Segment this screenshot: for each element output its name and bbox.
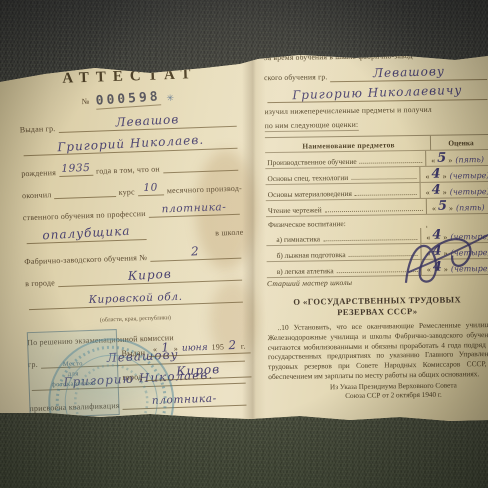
grade-word-handwritten: (пять) <box>455 156 484 164</box>
issue-block: Выдан « 1 » июня 195 2 г. город Киров <box>121 336 255 389</box>
subject-label: Основы материаловедения <box>266 187 352 200</box>
grade-cell: « 4 » (четыре) <box>420 227 488 243</box>
photo-box-text: для <box>68 370 79 377</box>
course-label: курс <box>119 187 135 197</box>
quote-close: » <box>174 344 179 353</box>
birth-line: рождения 1935 года в том, что он <box>21 154 241 179</box>
issue-city-handwritten: Киров <box>176 363 220 377</box>
quote-open: « <box>431 156 435 165</box>
dot-leader <box>325 210 423 212</box>
subject-label: Физическое воспитание: <box>266 217 346 230</box>
grade-word-handwritten: (пять) <box>456 204 485 212</box>
dot-leader <box>351 178 416 180</box>
issue-day-handwritten: 1 <box>161 341 170 353</box>
photo-placeholder-box: Место для фотокарточки <box>27 329 120 418</box>
birth-tail-label: года в том, что он <box>96 164 160 175</box>
quote-open: « <box>426 188 430 197</box>
intro-text: изучил нижеперечисленные предметы и полу… <box>264 104 431 117</box>
quote-open: « <box>426 233 430 242</box>
table-row: в) легкая атлетика « 4 » (четыре) <box>267 259 488 278</box>
grade-cell: « 5 » (пять) <box>426 198 488 214</box>
school-line: Фабрично-заводского обучения № 2 <box>24 242 244 267</box>
training-label: ственного обучения по профессии <box>23 209 146 222</box>
months-tail-label: месячного производ- <box>167 184 242 196</box>
right-page: За время обучения в школе фабрично-завод… <box>254 49 488 418</box>
master-label: Старший мастер школы <box>267 277 352 289</box>
grade-header: Оценка <box>446 136 474 148</box>
quote-open: « <box>153 345 158 354</box>
profession-line-2: опалубщика в школе <box>23 220 243 245</box>
photo-box-text: фотокарточки <box>51 379 95 388</box>
number-sign: № <box>81 96 89 105</box>
intro-text: ского обучения гр. <box>264 71 328 83</box>
subject-label: в) легкая атлетика <box>267 264 334 277</box>
grade-handwritten: 4 <box>432 245 441 258</box>
grade-word-handwritten: (четыре) <box>451 249 488 258</box>
grade-cell: « 4 » (четыре) <box>420 243 488 259</box>
grade-handwritten: 4 <box>432 184 441 197</box>
quote-open: « <box>425 172 429 181</box>
decree-source: Из Указа Президиума Верховного Совета Со… <box>288 381 488 403</box>
intro-line-4: изучил нижеперечисленные предметы и полу… <box>264 103 488 117</box>
certificate-number-line: № 000598 ✳ <box>9 87 247 111</box>
decree-title-line1: О «ГОСУДАРСТВЕННЫХ ТРУДОВЫХ <box>293 294 461 306</box>
decree-title: О «ГОСУДАРСТВЕННЫХ ТРУДОВЫХ РЕЗЕРВАХ ССС… <box>265 294 488 319</box>
student-surname-handwritten: Левашову <box>373 65 445 79</box>
subjects-header: Наименование предметов <box>265 138 430 152</box>
grade-word-handwritten: (четыре) <box>450 188 488 197</box>
dot-leader <box>349 255 418 257</box>
grade-cell: « 4 » (четыре) <box>421 259 488 275</box>
intro-line-5: по ним следующие оценки: <box>265 117 488 132</box>
quote-open: « <box>432 204 436 213</box>
subject-label: Производственное обучение <box>265 155 357 168</box>
issue-date-line: Выдан « 1 » июня 195 2 г. <box>121 336 254 358</box>
issue-year-suffix: г. <box>241 342 246 351</box>
school-number-handwritten: 2 <box>191 245 200 257</box>
subject-label: Чтение чертежей <box>266 203 322 216</box>
quote-close: » <box>443 233 447 242</box>
quote-close: » <box>448 156 452 165</box>
name-patronymic-handwritten: Григорий Николаев. <box>57 134 204 154</box>
issue-city-line: город Киров <box>122 360 255 382</box>
grades-table: Наименование предметов Оценка Производст… <box>265 134 488 278</box>
issue-date-label: Выдан <box>121 348 145 358</box>
grade-handwritten: 4 <box>433 261 442 274</box>
birth-year-handwritten: 1935 <box>61 162 91 175</box>
quote-close: » <box>444 249 448 258</box>
student-name-handwritten: Григорию Николаевичу <box>292 84 462 101</box>
quote-open: « <box>427 265 431 274</box>
profession-handwritten-2: опалубщика <box>42 225 131 242</box>
city-label: в городе <box>25 278 55 288</box>
grade-handwritten: 4 <box>432 229 441 242</box>
subject-label: а) гимнастика <box>266 232 320 245</box>
dot-leader <box>323 239 417 241</box>
intro-text: по ним следующие оценки: <box>265 119 359 132</box>
region-handwritten: Кировской обл. <box>89 291 183 306</box>
surname-handwritten: Левашов <box>115 113 179 128</box>
quote-close: » <box>444 265 448 274</box>
profession-line-1: ственного обучения по профессии плотника… <box>22 198 242 223</box>
quote-open: « <box>427 249 431 258</box>
course-line: окончил курс 10 месячного производ- <box>22 176 242 201</box>
grade-cell: « 5 » (пять) <box>425 150 488 166</box>
qualification-handwritten-1: плотника- <box>152 393 217 407</box>
dot-leader <box>337 271 418 273</box>
left-page: АТТЕСТАТ № 000598 ✳ Выдан гр. Левашов Гр… <box>7 52 257 414</box>
grade-word-handwritten: (четыре) <box>451 265 488 274</box>
quote-close: » <box>442 172 446 181</box>
grade-cell: « 4 » (четыре) <box>419 166 488 182</box>
issued-to-label: Выдан гр. <box>20 124 56 134</box>
decree-body: ..10 Установить, что все оканчивающие Ре… <box>268 320 488 382</box>
photograph-of-certificate: АТТЕСТАТ № 000598 ✳ Выдан гр. Левашов Гр… <box>0 0 488 488</box>
decree-source-line2: Союза ССР от 2 октября 1940 г. <box>345 391 442 400</box>
course-months-handwritten: 10 <box>143 182 158 195</box>
subject-label: б) лыжная подготовка <box>266 248 345 261</box>
grade-header-cell: Оценка <box>430 135 488 150</box>
decree-source-line1: Из Указа Президиума Верховного Совета <box>330 381 457 391</box>
name-line: Григорий Николаев. <box>20 132 240 157</box>
profession-handwritten-1: плотника- <box>161 201 226 215</box>
issue-city-label: город <box>122 372 142 382</box>
issue-month-handwritten: июня <box>182 343 208 354</box>
photo-box-text: Место <box>63 360 83 368</box>
star-mark-icon: ✳ <box>166 92 174 103</box>
grade-handwritten: 4 <box>431 168 440 181</box>
grade-handwritten: 5 <box>438 200 447 213</box>
grade-handwritten: 5 <box>437 152 446 165</box>
intro-line-3: Григорию Николаевичу <box>264 83 488 103</box>
grade-word-handwritten: (четыре) <box>449 172 488 181</box>
dot-leader <box>360 162 423 164</box>
subject-label: Основы спец. технологии <box>265 171 348 184</box>
intro-line-2: ского обучения гр. Левашову <box>264 63 488 83</box>
region-hint-label: (области, края, республики) <box>100 315 171 323</box>
grade-cell: « 4 » (четыре) <box>420 182 488 198</box>
issue-year-digit-handwritten: 2 <box>228 339 237 351</box>
city-line: в городе Киров <box>25 264 245 289</box>
fzo-label: Фабрично-заводского обучения № <box>24 253 147 266</box>
issue-year-printed: 195 <box>211 342 224 351</box>
certificate-paper: АТТЕСТАТ № 000598 ✳ Выдан гр. Левашов Гр… <box>0 0 488 488</box>
dot-leader <box>355 194 417 196</box>
finished-label: окончил <box>22 190 52 200</box>
school-label: в школе <box>215 228 244 238</box>
decree-title-line2: РЕЗЕРВАХ СССР» <box>337 306 417 317</box>
grade-word-handwritten: (четыре) <box>450 233 488 242</box>
certificate-number: 000598 <box>95 89 161 109</box>
city-handwritten: Киров <box>128 268 172 282</box>
quote-close: » <box>443 188 447 197</box>
birth-label: рождения <box>21 168 56 178</box>
quote-close: » <box>449 204 453 213</box>
issued-to-line: Выдан гр. Левашов <box>19 110 239 135</box>
